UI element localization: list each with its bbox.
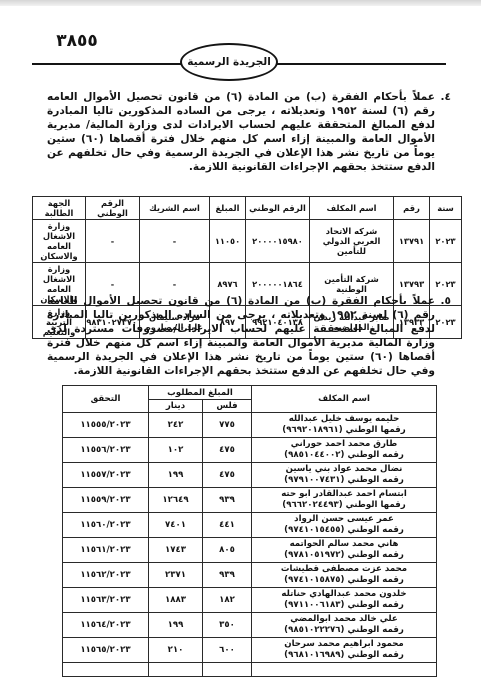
table1-header-row: سنة رقم اسم المكلف الرقم الوطني المبلغ ا… [33,197,462,220]
check-cell [63,663,149,677]
table2-row: عمر عيسى حسن الروادرقمه الوطني (٩٧٤١٠١٥٤… [63,513,437,538]
scan-edge [0,0,481,6]
dinar-cell: ٢١٠ [149,638,203,663]
col-year: سنة [430,197,462,220]
paragraph-4-text: عملاً بأحكام الفقرة (ب) من المادة (٦) من… [47,90,435,174]
dinar-cell: ١٩٩ [149,613,203,638]
table2-body: حليمه يوسف خليل عبداللهرقمها الوطني (٩٦٩… [63,413,437,677]
paragraph-5-text: عملاً بأحكام الفقرة (ب) من المادة (٦) من… [47,294,435,378]
paragraph-4: ٤. عملاً بأحكام الفقرة (ب) من المادة (٦)… [47,90,451,174]
taxpayer-name: نضال محمد عواد بني ياسين [254,464,434,475]
check-cell: ١١٥٥٩/٢٠٢٣ [63,488,149,513]
check-cell: ١١٥٦١/٢٠٢٣ [63,538,149,563]
table1-cell: وزارة الاشغال العامه والاسكان [33,220,86,263]
taxpayer-national-id: رقمه الوطني (٩٧٩١٠٠٧٤٣١) [254,475,434,486]
taxpayer-name: حليمه يوسف خليل عبدالله [254,414,434,425]
check-cell: ١١٥٥٥/٢٠٢٣ [63,413,149,438]
taxpayer-name-cell: حليمه يوسف خليل عبداللهرقمها الوطني (٩٦٩… [252,413,437,438]
taxpayer-name: عمر عيسى حسن الرواد [254,514,434,525]
paragraph-4-marker: ٤. [435,90,451,174]
col-partner-national-id: الرقم الوطني [86,197,140,220]
table1-cell: - [86,220,140,263]
dinar-cell: ١٠٢ [149,438,203,463]
taxpayer-name: طارق محمد احمد حوراني [254,439,434,450]
table1-row: ٢٠٢٣١٣٧٩١شركه الاتحاد العربي الدولي للتأ… [33,220,462,263]
check-cell: ١١٥٦٢/٢٠٢٣ [63,563,149,588]
col-check: التحقق [63,386,149,413]
col-dinar: دينار [149,400,203,413]
fils-cell: ٣٥٠ [203,613,252,638]
fils-cell: ٦٠٠ [203,638,252,663]
table1-cell: - [140,220,210,263]
col-taxpayer-name: اسم المكلف [310,197,394,220]
table1-header: سنة رقم اسم المكلف الرقم الوطني المبلغ ا… [33,197,462,220]
taxpayer-name-cell: علي خالد محمد ابوالمضيرقمه الوطني (٩٨٥١٠… [252,613,437,638]
taxpayer-name-cell [252,663,437,677]
dinar-cell: ١٢٦٤٩ [149,488,203,513]
check-cell: ١١٥٥٧/٢٠٢٣ [63,463,149,488]
col-amount: المبلغ [210,197,246,220]
table2-row: هاني محمد سالم الحواتمهرقمه الوطني (٩٧٨١… [63,538,437,563]
table2-row [63,663,437,677]
check-cell: ١١٥٦٣/٢٠٢٣ [63,588,149,613]
taxpayer-national-id: رقمه الوطني (٩٨٥١٠٢٢٢٧٦) [254,625,434,636]
fils-cell: ٤٤١ [203,513,252,538]
taxpayer-name-cell: عمر عيسى حسن الروادرقمه الوطني (٩٧٤١٠١٥٤… [252,513,437,538]
taxpayer-national-id: رقمه الوطني (٩٨٥١٠٤٤٠٠٢) [254,450,434,461]
collection-table-2: اسم المكلف المبلغ المطلوب التحقق فلس دين… [62,385,437,677]
col-fils: فلس [203,400,252,413]
taxpayer-national-id: رقمها الوطني (٩٦٦٢٠٢٤٤٩٣) [254,500,434,511]
dinar-cell: ٧٤٠١ [149,513,203,538]
taxpayer-name-cell: محمود ابراهيم محمد سرحانرقمه الوطني (٩٦٨… [252,638,437,663]
taxpayer-name-cell: خلدون محمد عبدالهادي حناتلهرقمه الوطني (… [252,588,437,613]
taxpayer-national-id: رقمه الوطني (٩٧٨١٠٥١٩٧٢) [254,550,434,561]
taxpayer-name: علي خالد محمد ابوالمضي [254,614,434,625]
dinar-cell: ١٩٩ [149,463,203,488]
gazette-page: ٣٨٥٥ الجريدة الرسمية ٤. عملاً بأحكام الف… [0,0,481,689]
paragraph-5-marker: ٥. [435,294,451,378]
page-number: ٣٨٥٥ [54,31,100,51]
fils-cell: ٩٣٩ [203,563,252,588]
dinar-cell: ١٧٤٣ [149,538,203,563]
taxpayer-name: هاني محمد سالم الحواتمه [254,539,434,550]
fils-cell [203,663,252,677]
fils-cell: ١٨٢ [203,588,252,613]
table2-header-row-1: اسم المكلف المبلغ المطلوب التحقق [63,386,437,400]
taxpayer-national-id: رقمه الوطني (٩٧٤١٠١٥٨٧٥) [254,575,434,586]
fils-cell: ٨٠٥ [203,538,252,563]
check-cell: ١١٥٦٥/٢٠٢٣ [63,638,149,663]
table1-cell: ١١٠٥٠ [210,220,246,263]
table1-cell: ٢٠٢٣ [430,220,462,263]
taxpayer-name: خلدون محمد عبدالهادي حناتله [254,589,434,600]
col-serial: رقم [394,197,430,220]
table2-row: نضال محمد عواد بني ياسينرقمه الوطني (٩٧٩… [63,463,437,488]
table2-row: خلدون محمد عبدالهادي حناتلهرقمه الوطني (… [63,588,437,613]
table1-cell: ١٣٧٩١ [394,220,430,263]
taxpayer-name: محمد عزت مصطفى قطيشات [254,564,434,575]
check-cell: ١١٥٦٤/٢٠٢٣ [63,613,149,638]
dinar-cell [149,663,203,677]
journal-title: الجريدة الرسمية [187,56,271,68]
taxpayer-name-cell: هاني محمد سالم الحواتمهرقمه الوطني (٩٧٨١… [252,538,437,563]
col-amount-group: المبلغ المطلوب [149,386,252,400]
table2-row: علي خالد محمد ابوالمضيرقمه الوطني (٩٨٥١٠… [63,613,437,638]
table2-row: محمود ابراهيم محمد سرحانرقمه الوطني (٩٦٨… [63,638,437,663]
taxpayer-name: محمود ابراهيم محمد سرحان [254,639,434,650]
col-requesting-entity: الجهة الطالبة [33,197,86,220]
table2-row: محمد عزت مصطفى قطيشاترقمه الوطني (٩٧٤١٠١… [63,563,437,588]
table1-cell: ٢٠٠٠٠١٥٩٨٠ [246,220,310,263]
taxpayer-national-id: رقمه الوطني (٩٦٨١٠١٦٩٨٩) [254,650,434,661]
dinar-cell: ٢٣٧١ [149,563,203,588]
col-taxpayer-name: اسم المكلف [252,386,437,413]
dinar-cell: ١٨٨٣ [149,588,203,613]
table2-header: اسم المكلف المبلغ المطلوب التحقق فلس دين… [63,386,437,413]
taxpayer-name-cell: محمد عزت مصطفى قطيشاترقمه الوطني (٩٧٤١٠١… [252,563,437,588]
taxpayer-name: ابتسام احمد عبدالقادر ابو حته [254,489,434,500]
table2-row: طارق محمد احمد حورانيرقمه الوطني (٩٨٥١٠٤… [63,438,437,463]
journal-title-oval: الجريدة الرسمية [180,43,278,81]
taxpayer-name-cell: ابتسام احمد عبدالقادر ابو حتهرقمها الوطن… [252,488,437,513]
taxpayer-name-cell: طارق محمد احمد حورانيرقمه الوطني (٩٨٥١٠٤… [252,438,437,463]
taxpayer-national-id: رقمها الوطني (٩٦٩٢٠١٨٩٦١) [254,425,434,436]
fils-cell: ٤٧٥ [203,463,252,488]
col-partner-name: اسم الشريك [140,197,210,220]
taxpayer-national-id: رقمه الوطني (٩٧٤١٠١٥٤٥٥) [254,525,434,536]
taxpayer-name-cell: نضال محمد عواد بني ياسينرقمه الوطني (٩٧٩… [252,463,437,488]
table2-row: ابتسام احمد عبدالقادر ابو حتهرقمها الوطن… [63,488,437,513]
fils-cell: ٧٧٥ [203,413,252,438]
taxpayer-national-id: رقمه الوطني (٩٧١١٠٠٦١٨٣) [254,600,434,611]
col-national-id: الرقم الوطني [246,197,310,220]
fils-cell: ٩٣٩ [203,488,252,513]
fils-cell: ٤٧٥ [203,438,252,463]
check-cell: ١١٥٥٦/٢٠٢٣ [63,438,149,463]
table2-row: حليمه يوسف خليل عبداللهرقمها الوطني (٩٦٩… [63,413,437,438]
table1-cell: شركه الاتحاد العربي الدولي للتأمين [310,220,394,263]
paragraph-5: ٥. عملاً بأحكام الفقرة (ب) من المادة (٦)… [47,294,451,378]
dinar-cell: ٢٤٢ [149,413,203,438]
check-cell: ١١٥٦٠/٢٠٢٣ [63,513,149,538]
